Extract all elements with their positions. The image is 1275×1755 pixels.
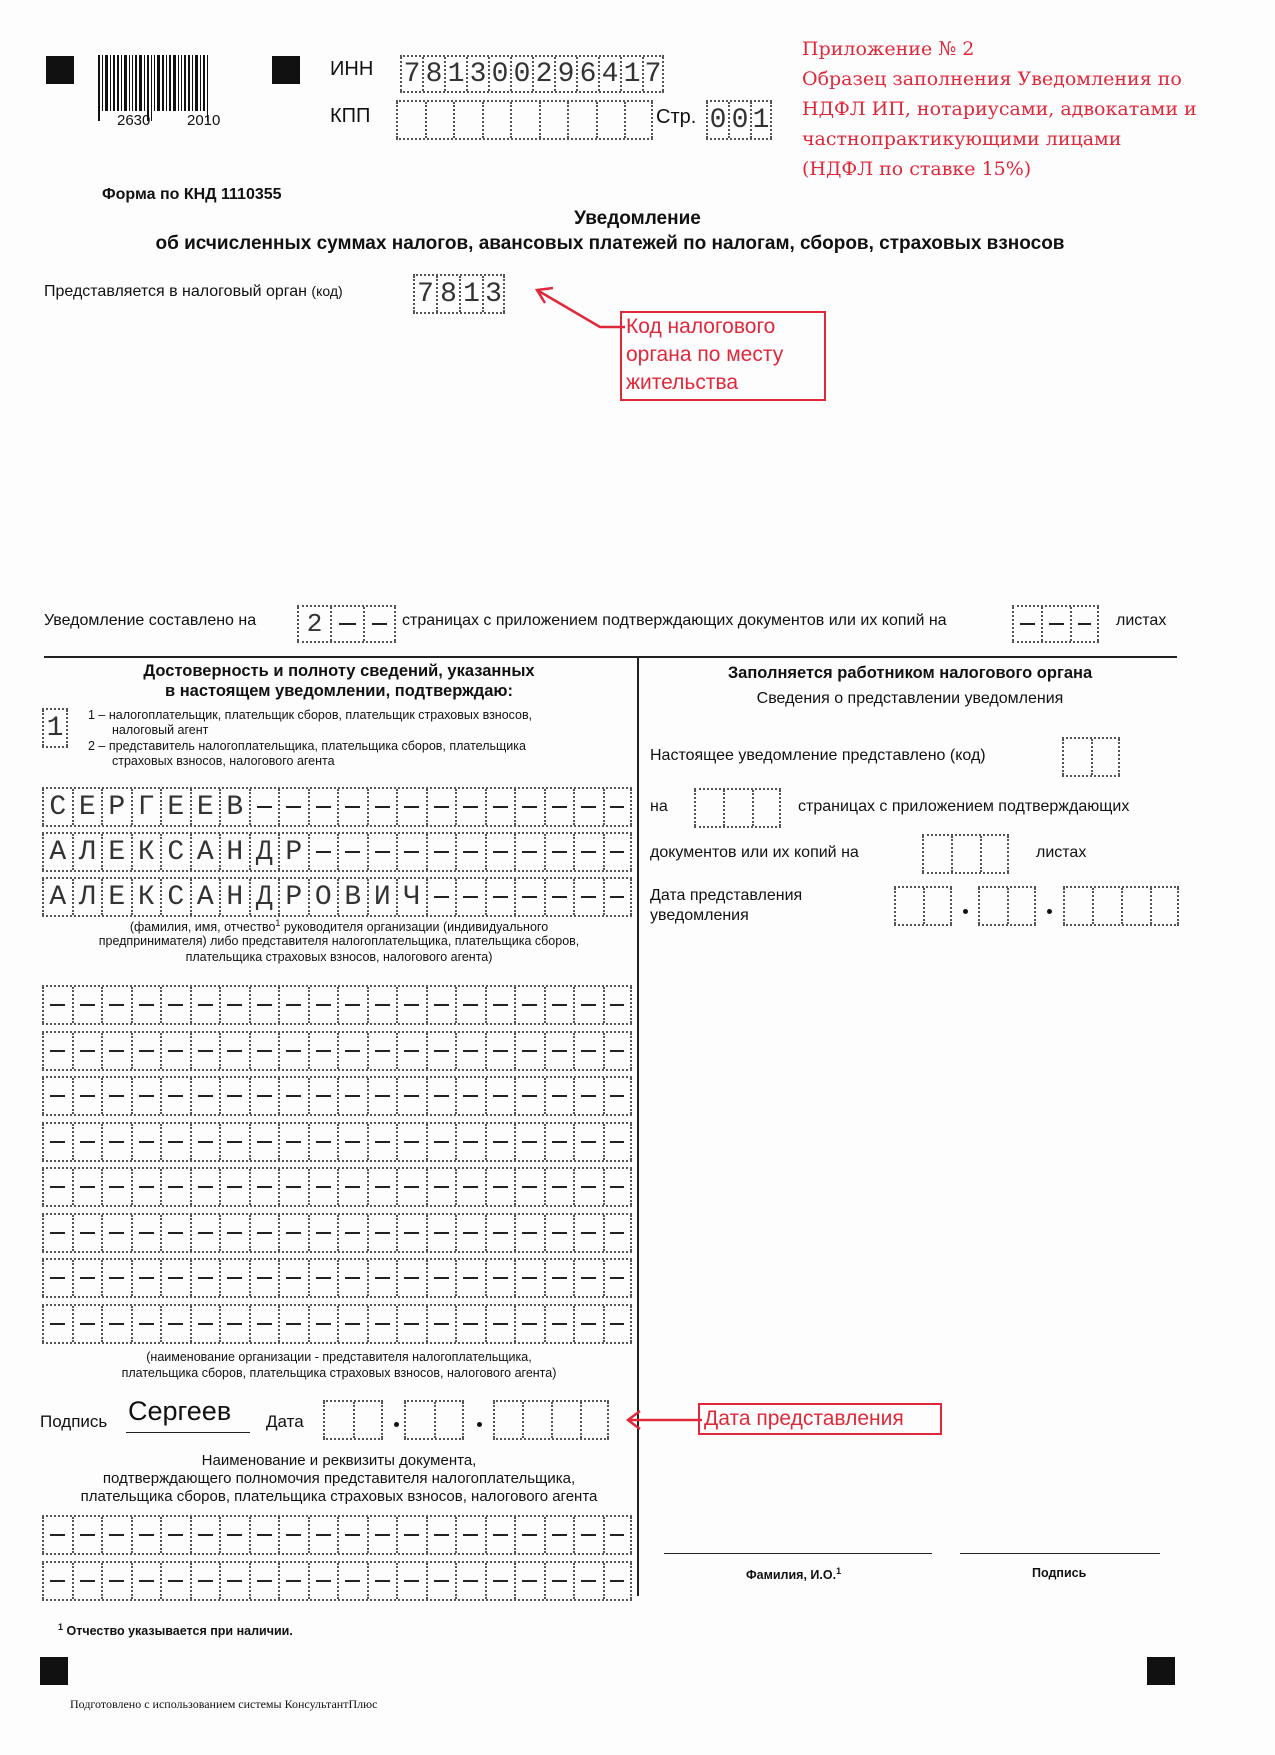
cell[interactable] <box>485 789 515 825</box>
cell[interactable] <box>514 834 544 870</box>
cell[interactable] <box>219 1124 249 1160</box>
cell[interactable] <box>363 607 396 641</box>
cell[interactable] <box>396 1033 426 1069</box>
cell[interactable] <box>694 790 723 826</box>
name-row[interactable]: АЛЕКСАНДР <box>42 832 632 872</box>
cell[interactable] <box>573 1306 603 1342</box>
cell[interactable] <box>514 1260 544 1296</box>
cell[interactable] <box>426 834 456 870</box>
cell[interactable] <box>131 1078 161 1114</box>
cell[interactable] <box>337 1306 367 1342</box>
cell[interactable] <box>219 1033 249 1069</box>
cell[interactable]: 8 <box>422 57 444 91</box>
signer-code-field[interactable]: 1 <box>42 708 68 748</box>
cell[interactable] <box>510 102 539 138</box>
cell[interactable] <box>72 1078 102 1114</box>
cell[interactable] <box>249 1124 279 1160</box>
cell[interactable] <box>1150 888 1179 924</box>
cell[interactable] <box>978 888 1007 924</box>
cell[interactable] <box>160 1078 190 1114</box>
cell[interactable]: 3 <box>482 276 505 312</box>
cell[interactable] <box>190 1078 220 1114</box>
cell[interactable]: А <box>42 879 72 915</box>
cell[interactable] <box>131 1563 161 1599</box>
cell[interactable] <box>337 1260 367 1296</box>
cell[interactable] <box>514 1124 544 1160</box>
cell[interactable] <box>131 1517 161 1553</box>
cell[interactable] <box>219 1306 249 1342</box>
cell[interactable] <box>308 1033 338 1069</box>
cell[interactable] <box>160 1260 190 1296</box>
cell[interactable] <box>160 1169 190 1205</box>
cell[interactable]: Д <box>249 834 279 870</box>
cell[interactable] <box>219 1215 249 1251</box>
cell[interactable] <box>308 1563 338 1599</box>
cell[interactable]: 8 <box>436 276 459 312</box>
cell[interactable]: 2 <box>532 57 554 91</box>
submission-date-month[interactable] <box>978 886 1036 926</box>
cell[interactable] <box>330 607 363 641</box>
cell[interactable] <box>482 102 511 138</box>
organization-row[interactable] <box>42 1304 632 1344</box>
organization-row[interactable] <box>42 1213 632 1253</box>
cell[interactable] <box>455 1078 485 1114</box>
cell[interactable]: 2 <box>297 607 330 641</box>
cell[interactable] <box>42 987 72 1023</box>
cell[interactable] <box>131 987 161 1023</box>
cell[interactable] <box>514 1563 544 1599</box>
cell[interactable] <box>160 1033 190 1069</box>
cell[interactable]: Н <box>219 834 249 870</box>
cell[interactable] <box>337 1033 367 1069</box>
cell[interactable] <box>922 836 951 872</box>
kpp-field[interactable] <box>396 100 653 140</box>
cell[interactable] <box>514 789 544 825</box>
cell[interactable] <box>396 987 426 1023</box>
cell[interactable] <box>337 834 367 870</box>
cell[interactable]: Е <box>72 789 102 825</box>
submission-date-day[interactable] <box>894 886 952 926</box>
cell[interactable] <box>1041 607 1070 641</box>
cell[interactable] <box>455 1169 485 1205</box>
document-row[interactable] <box>42 1561 632 1601</box>
cell[interactable] <box>249 1215 279 1251</box>
cell[interactable] <box>573 879 603 915</box>
cell[interactable] <box>396 1260 426 1296</box>
cell[interactable] <box>544 834 574 870</box>
cell[interactable] <box>434 1402 464 1438</box>
cell[interactable] <box>514 987 544 1023</box>
cell[interactable] <box>42 1124 72 1160</box>
cell[interactable]: 9 <box>554 57 576 91</box>
cell[interactable] <box>160 1306 190 1342</box>
cell[interactable] <box>573 1169 603 1205</box>
organization-row[interactable] <box>42 1031 632 1071</box>
cell[interactable] <box>249 789 279 825</box>
cell[interactable] <box>190 1306 220 1342</box>
cell[interactable] <box>603 1169 633 1205</box>
pages-count-field[interactable]: 2 <box>297 605 396 643</box>
cell[interactable] <box>544 1215 574 1251</box>
cell[interactable] <box>353 1402 383 1438</box>
cell[interactable] <box>544 1260 574 1296</box>
cell[interactable]: 3 <box>466 57 488 91</box>
cell[interactable] <box>42 1563 72 1599</box>
cell[interactable] <box>42 1215 72 1251</box>
cell[interactable] <box>573 1563 603 1599</box>
cell[interactable] <box>455 1215 485 1251</box>
cell[interactable]: 0 <box>728 102 750 138</box>
cell[interactable] <box>1070 607 1099 641</box>
cell[interactable] <box>278 1306 308 1342</box>
cell[interactable] <box>190 1169 220 1205</box>
signature-value[interactable]: Сергеев <box>128 1396 231 1427</box>
cell[interactable]: Л <box>72 879 102 915</box>
signature-date-year[interactable] <box>493 1400 609 1440</box>
cell[interactable] <box>131 1215 161 1251</box>
cell[interactable] <box>544 879 574 915</box>
cell[interactable] <box>485 1033 515 1069</box>
cell[interactable] <box>426 987 456 1023</box>
cell[interactable] <box>573 1260 603 1296</box>
cell[interactable] <box>249 1563 279 1599</box>
cell[interactable] <box>455 987 485 1023</box>
cell[interactable]: Д <box>249 879 279 915</box>
cell[interactable] <box>1063 888 1092 924</box>
cell[interactable] <box>72 987 102 1023</box>
cell[interactable]: В <box>219 789 249 825</box>
organization-row[interactable] <box>42 985 632 1025</box>
cell[interactable] <box>42 1517 72 1553</box>
cell[interactable] <box>190 1563 220 1599</box>
cell[interactable] <box>278 1169 308 1205</box>
cell[interactable] <box>514 1306 544 1342</box>
cell[interactable] <box>249 987 279 1023</box>
signature-date-day[interactable] <box>323 1400 383 1440</box>
cell[interactable] <box>160 987 190 1023</box>
cell[interactable] <box>455 1306 485 1342</box>
name-row[interactable]: СЕРГЕЕВ <box>42 787 632 827</box>
cell[interactable] <box>951 836 980 872</box>
cell[interactable] <box>101 1169 131 1205</box>
cell[interactable] <box>367 1517 397 1553</box>
cell[interactable] <box>573 1033 603 1069</box>
cell[interactable] <box>278 1260 308 1296</box>
cell[interactable] <box>337 1124 367 1160</box>
cell[interactable]: В <box>337 879 367 915</box>
cell[interactable]: 0 <box>706 102 728 138</box>
cell[interactable] <box>72 1306 102 1342</box>
cell[interactable] <box>396 1306 426 1342</box>
cell[interactable]: 1 <box>42 710 68 746</box>
cell[interactable] <box>131 1124 161 1160</box>
cell[interactable] <box>190 1033 220 1069</box>
cell[interactable] <box>544 1033 574 1069</box>
inn-field[interactable]: 781300296417 <box>400 55 664 93</box>
cell[interactable] <box>308 1078 338 1114</box>
cell[interactable] <box>603 1517 633 1553</box>
cell[interactable] <box>603 987 633 1023</box>
cell[interactable] <box>514 1078 544 1114</box>
cell[interactable] <box>42 1033 72 1069</box>
cell[interactable] <box>396 1517 426 1553</box>
cell[interactable] <box>455 1517 485 1553</box>
cell[interactable] <box>603 1033 633 1069</box>
cell[interactable] <box>367 1260 397 1296</box>
cell[interactable] <box>308 1306 338 1342</box>
cell[interactable] <box>1121 888 1150 924</box>
cell[interactable]: К <box>131 879 161 915</box>
cell[interactable] <box>455 789 485 825</box>
cell[interactable] <box>453 102 482 138</box>
cell[interactable] <box>101 1033 131 1069</box>
cell[interactable] <box>485 1124 515 1160</box>
cell[interactable] <box>485 1169 515 1205</box>
cell[interactable]: С <box>160 834 190 870</box>
cell[interactable] <box>396 1215 426 1251</box>
cell[interactable] <box>367 789 397 825</box>
cell[interactable] <box>101 1260 131 1296</box>
cell[interactable] <box>101 1215 131 1251</box>
document-row[interactable] <box>42 1515 632 1555</box>
cell[interactable]: Р <box>101 789 131 825</box>
cell[interactable] <box>101 987 131 1023</box>
cell[interactable] <box>219 1078 249 1114</box>
cell[interactable] <box>160 1517 190 1553</box>
sheets-count-field[interactable] <box>1012 605 1099 643</box>
cell[interactable] <box>101 1563 131 1599</box>
cell[interactable] <box>426 1563 456 1599</box>
cell[interactable] <box>485 1260 515 1296</box>
cell[interactable] <box>455 1563 485 1599</box>
cell[interactable] <box>308 1215 338 1251</box>
cell[interactable] <box>493 1402 522 1438</box>
cell[interactable] <box>72 1563 102 1599</box>
cell[interactable] <box>567 102 596 138</box>
cell[interactable] <box>308 987 338 1023</box>
cell[interactable] <box>426 1169 456 1205</box>
cell[interactable] <box>396 1563 426 1599</box>
cell[interactable] <box>544 1078 574 1114</box>
cell[interactable]: К <box>131 834 161 870</box>
cell[interactable] <box>190 1215 220 1251</box>
cell[interactable] <box>367 1124 397 1160</box>
cell[interactable] <box>72 1169 102 1205</box>
cell[interactable] <box>603 1078 633 1114</box>
cell[interactable] <box>426 1078 456 1114</box>
cell[interactable] <box>396 1124 426 1160</box>
cell[interactable] <box>337 789 367 825</box>
cell[interactable] <box>337 987 367 1023</box>
cell[interactable] <box>219 987 249 1023</box>
cell[interactable] <box>249 1260 279 1296</box>
cell[interactable] <box>337 1517 367 1553</box>
cell[interactable] <box>396 1169 426 1205</box>
cell[interactable] <box>426 879 456 915</box>
cell[interactable] <box>1007 888 1036 924</box>
cell[interactable] <box>573 1124 603 1160</box>
cell[interactable] <box>278 1124 308 1160</box>
cell[interactable]: Л <box>72 834 102 870</box>
cell[interactable] <box>603 1124 633 1160</box>
name-row[interactable]: АЛЕКСАНДРОВИЧ <box>42 877 632 917</box>
cell[interactable] <box>573 834 603 870</box>
cell[interactable]: Н <box>219 879 249 915</box>
cell[interactable] <box>980 836 1009 872</box>
cell[interactable] <box>426 1215 456 1251</box>
cell[interactable]: 7 <box>642 57 664 91</box>
cell[interactable] <box>308 834 338 870</box>
cell[interactable] <box>455 834 485 870</box>
cell[interactable] <box>522 1402 551 1438</box>
page-number-field[interactable]: 001 <box>706 100 772 140</box>
cell[interactable] <box>544 1124 574 1160</box>
cell[interactable] <box>723 790 752 826</box>
cell[interactable] <box>42 1169 72 1205</box>
cell[interactable] <box>603 834 633 870</box>
cell[interactable] <box>367 1306 397 1342</box>
cell[interactable] <box>1012 607 1041 641</box>
cell[interactable] <box>551 1402 580 1438</box>
cell[interactable] <box>396 1078 426 1114</box>
cell[interactable] <box>752 790 781 826</box>
cell[interactable] <box>72 1260 102 1296</box>
cell[interactable] <box>1091 739 1120 775</box>
cell[interactable] <box>603 1306 633 1342</box>
submission-pages-field[interactable] <box>694 788 781 828</box>
cell[interactable] <box>131 1169 161 1205</box>
cell[interactable] <box>101 1124 131 1160</box>
cell[interactable]: Р <box>278 879 308 915</box>
cell[interactable]: Е <box>101 834 131 870</box>
cell[interactable] <box>426 1124 456 1160</box>
cell[interactable] <box>539 102 568 138</box>
cell[interactable] <box>72 1517 102 1553</box>
cell[interactable] <box>278 1033 308 1069</box>
cell[interactable] <box>603 1563 633 1599</box>
cell[interactable] <box>308 789 338 825</box>
cell[interactable] <box>603 879 633 915</box>
cell[interactable] <box>190 1517 220 1553</box>
submission-sheets-field[interactable] <box>922 834 1009 874</box>
cell[interactable] <box>573 1078 603 1114</box>
cell[interactable] <box>190 1124 220 1160</box>
cell[interactable] <box>624 102 653 138</box>
cell[interactable] <box>308 1517 338 1553</box>
cell[interactable] <box>190 987 220 1023</box>
cell[interactable] <box>455 1260 485 1296</box>
cell[interactable] <box>367 1169 397 1205</box>
cell[interactable] <box>573 1517 603 1553</box>
cell[interactable] <box>249 1169 279 1205</box>
cell[interactable] <box>278 789 308 825</box>
cell[interactable] <box>42 1260 72 1296</box>
cell[interactable] <box>337 1078 367 1114</box>
cell[interactable] <box>426 789 456 825</box>
cell[interactable] <box>249 1033 279 1069</box>
cell[interactable] <box>544 1517 574 1553</box>
cell[interactable] <box>42 1306 72 1342</box>
cell[interactable] <box>278 1563 308 1599</box>
submission-code-field[interactable] <box>1062 737 1120 777</box>
cell[interactable] <box>603 789 633 825</box>
cell[interactable]: А <box>190 834 220 870</box>
cell[interactable] <box>323 1402 353 1438</box>
cell[interactable]: 4 <box>598 57 620 91</box>
cell[interactable] <box>455 1124 485 1160</box>
cell[interactable] <box>219 1563 249 1599</box>
cell[interactable] <box>101 1517 131 1553</box>
cell[interactable] <box>72 1215 102 1251</box>
cell[interactable] <box>249 1078 279 1114</box>
organization-row[interactable] <box>42 1076 632 1116</box>
cell[interactable]: 1 <box>444 57 466 91</box>
cell[interactable] <box>426 1306 456 1342</box>
cell[interactable]: И <box>367 879 397 915</box>
cell[interactable]: С <box>160 879 190 915</box>
cell[interactable] <box>603 1260 633 1296</box>
cell[interactable] <box>219 1517 249 1553</box>
cell[interactable]: 6 <box>576 57 598 91</box>
cell[interactable] <box>603 1215 633 1251</box>
cell[interactable] <box>367 1033 397 1069</box>
cell[interactable]: О <box>308 879 338 915</box>
cell[interactable] <box>72 1124 102 1160</box>
cell[interactable] <box>396 834 426 870</box>
cell[interactable] <box>101 1078 131 1114</box>
cell[interactable] <box>455 879 485 915</box>
cell[interactable] <box>426 1517 456 1553</box>
cell[interactable]: 7 <box>400 57 422 91</box>
cell[interactable] <box>42 1078 72 1114</box>
cell[interactable] <box>894 888 923 924</box>
cell[interactable] <box>425 102 454 138</box>
cell[interactable] <box>219 1169 249 1205</box>
cell[interactable] <box>308 1260 338 1296</box>
cell[interactable] <box>337 1215 367 1251</box>
cell[interactable] <box>396 102 425 138</box>
cell[interactable] <box>485 1306 515 1342</box>
cell[interactable] <box>249 1306 279 1342</box>
cell[interactable]: Р <box>278 834 308 870</box>
cell[interactable] <box>101 1306 131 1342</box>
cell[interactable] <box>485 834 515 870</box>
cell[interactable] <box>544 1169 574 1205</box>
cell[interactable]: С <box>42 789 72 825</box>
cell[interactable]: Е <box>160 789 190 825</box>
cell[interactable] <box>544 789 574 825</box>
cell[interactable]: А <box>190 879 220 915</box>
cell[interactable]: 1 <box>459 276 482 312</box>
cell[interactable] <box>278 1215 308 1251</box>
cell[interactable] <box>72 1033 102 1069</box>
cell[interactable] <box>160 1215 190 1251</box>
cell[interactable] <box>396 789 426 825</box>
cell[interactable] <box>249 1517 279 1553</box>
cell[interactable] <box>544 1306 574 1342</box>
cell[interactable] <box>485 1078 515 1114</box>
cell[interactable]: Ч <box>396 879 426 915</box>
cell[interactable] <box>278 1517 308 1553</box>
cell[interactable] <box>485 987 515 1023</box>
cell[interactable]: А <box>42 834 72 870</box>
cell[interactable] <box>923 888 952 924</box>
organization-row[interactable] <box>42 1167 632 1207</box>
cell[interactable] <box>455 1033 485 1069</box>
cell[interactable] <box>404 1402 434 1438</box>
cell[interactable]: Г <box>131 789 161 825</box>
cell[interactable] <box>485 1563 515 1599</box>
